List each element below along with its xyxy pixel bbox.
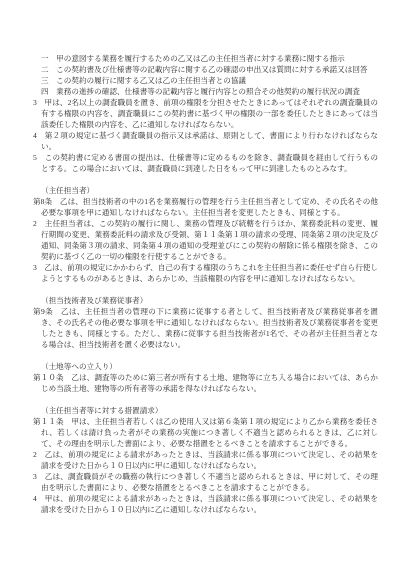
section-heading: （担当技術者及び業務従事者）: [33, 295, 378, 306]
list-item: 三 この契約の履行に関する乙又は乙の主任担当者との協議: [33, 75, 378, 86]
contract-page: 一 甲の意図する業務を履行するための乙又は乙の主任担当者に対する業務に関する指示…: [0, 0, 410, 580]
clause-paragraph: 第8条 乙は、担当技術者の中の1名を業務履行の管理を行う主任担当者として定め、そ…: [33, 196, 378, 218]
clause-paragraph: 3 乙は、調査職員がその職務の執行につき著しく不適当と認められるときは、甲に対し…: [33, 471, 378, 493]
list-item: 二 この契約書及び仕様書等の記載内容に関する乙の確認の申出又は質問に対する承諾又…: [33, 64, 378, 75]
clause-paragraph: 5 この契約書に定める書面の提出は、仕様書等に定めるものを除き、調査職員を経由し…: [33, 152, 378, 174]
clause-paragraph: 4 甲は、前項の規定による請求があったときは、当該請求に係る事項について決定し、…: [33, 493, 378, 515]
clause-paragraph: 3 乙は、前項の規定にかかわらず、自己の有する権限のうちこれを主任担当者に委任せ…: [33, 262, 378, 284]
list-item: 一 甲の意図する業務を履行するための乙又は乙の主任担当者に対する業務に関する指示: [33, 53, 378, 64]
clause-paragraph: 4 第２項の規定に基づく調査職員の指示又は承諾は、原則として、書面により行わなけ…: [33, 130, 378, 152]
section-heading: （土地等への立入り）: [33, 361, 378, 372]
list-item: 四 業務の進捗の確認、仕様書等の記載内容と履行内容との照合その他契約の履行状況の…: [33, 86, 378, 97]
clause-paragraph: 2 主任担当者は、この契約の履行に関し、業務の管理及び統轄を行うほか、業務委託料…: [33, 218, 378, 262]
clause-paragraph: 第9条 乙は、主任担当者の管理の下に業務に従事する者として、担当技術者及び業務従…: [33, 306, 378, 350]
clause-paragraph: 第１０条 乙は、調査等のために第三者が所有する土地、建物等に立ち入る場合において…: [33, 372, 378, 394]
clause-paragraph: 2 乙は、前項の規定による請求があったときは、当該請求に係る事項について決定し、…: [33, 449, 378, 471]
section-heading: （主任担当者等に対する措置請求）: [33, 405, 378, 416]
clause-paragraph: 第１１条 甲は、主任担当者若しくは乙の使用人又は第６条第１項の規定により乙から業…: [33, 416, 378, 449]
document-body: 一 甲の意図する業務を履行するための乙又は乙の主任担当者に対する業務に関する指示…: [33, 53, 378, 515]
clause-paragraph: 3 甲は、2名以上の調査職員を置き、前項の権限を分担させたときにあってはそれぞれ…: [33, 97, 378, 130]
section-heading: （主任担当者）: [33, 185, 378, 196]
